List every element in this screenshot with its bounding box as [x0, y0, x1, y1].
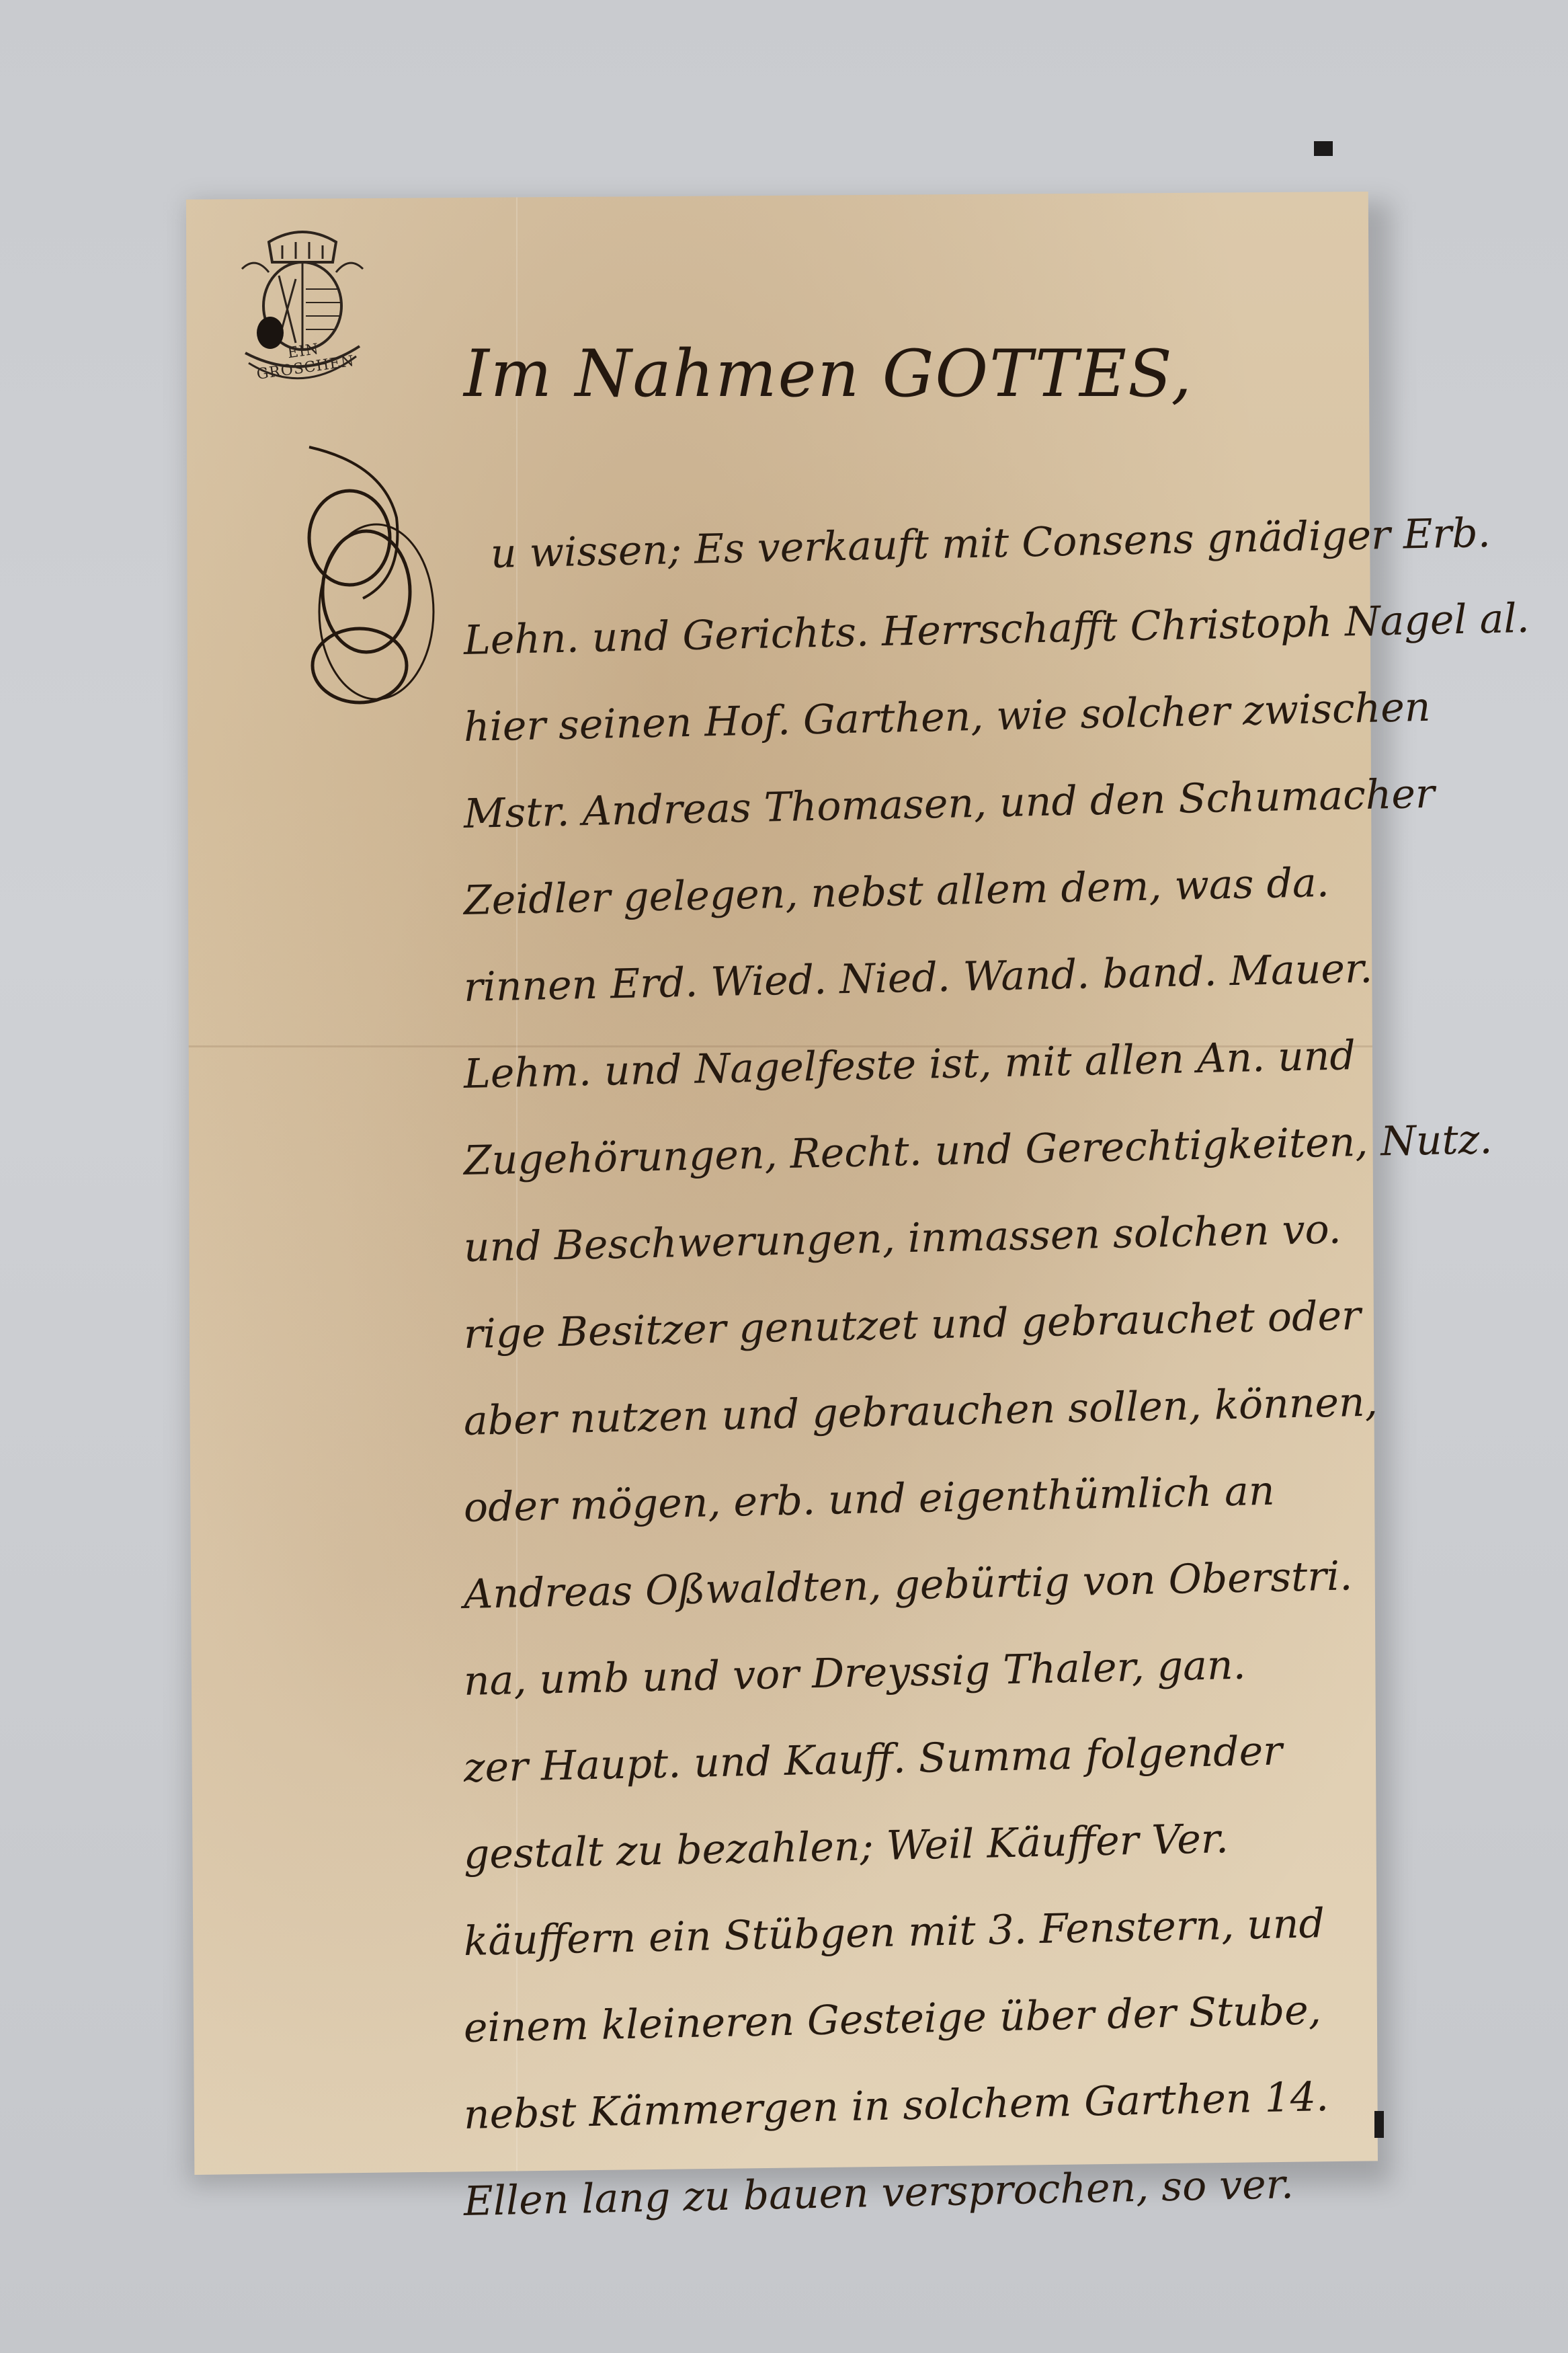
ornamental-initial-icon	[302, 444, 457, 726]
manuscript-body: u wissen; Es verkauft mit Consens gnädig…	[464, 511, 1364, 2245]
text-line: Ellen lang zu bauen versprochen, so ver.	[463, 2140, 1365, 2245]
mount-corner-top-right	[1314, 141, 1333, 156]
tax-stamp: EIN GROSCHEN	[222, 215, 383, 383]
mount-corner-bottom-right	[1374, 2111, 1384, 2138]
document-heading: Im Nahmen GOTTES,	[464, 336, 1193, 411]
decorative-initial-letter	[302, 444, 457, 726]
